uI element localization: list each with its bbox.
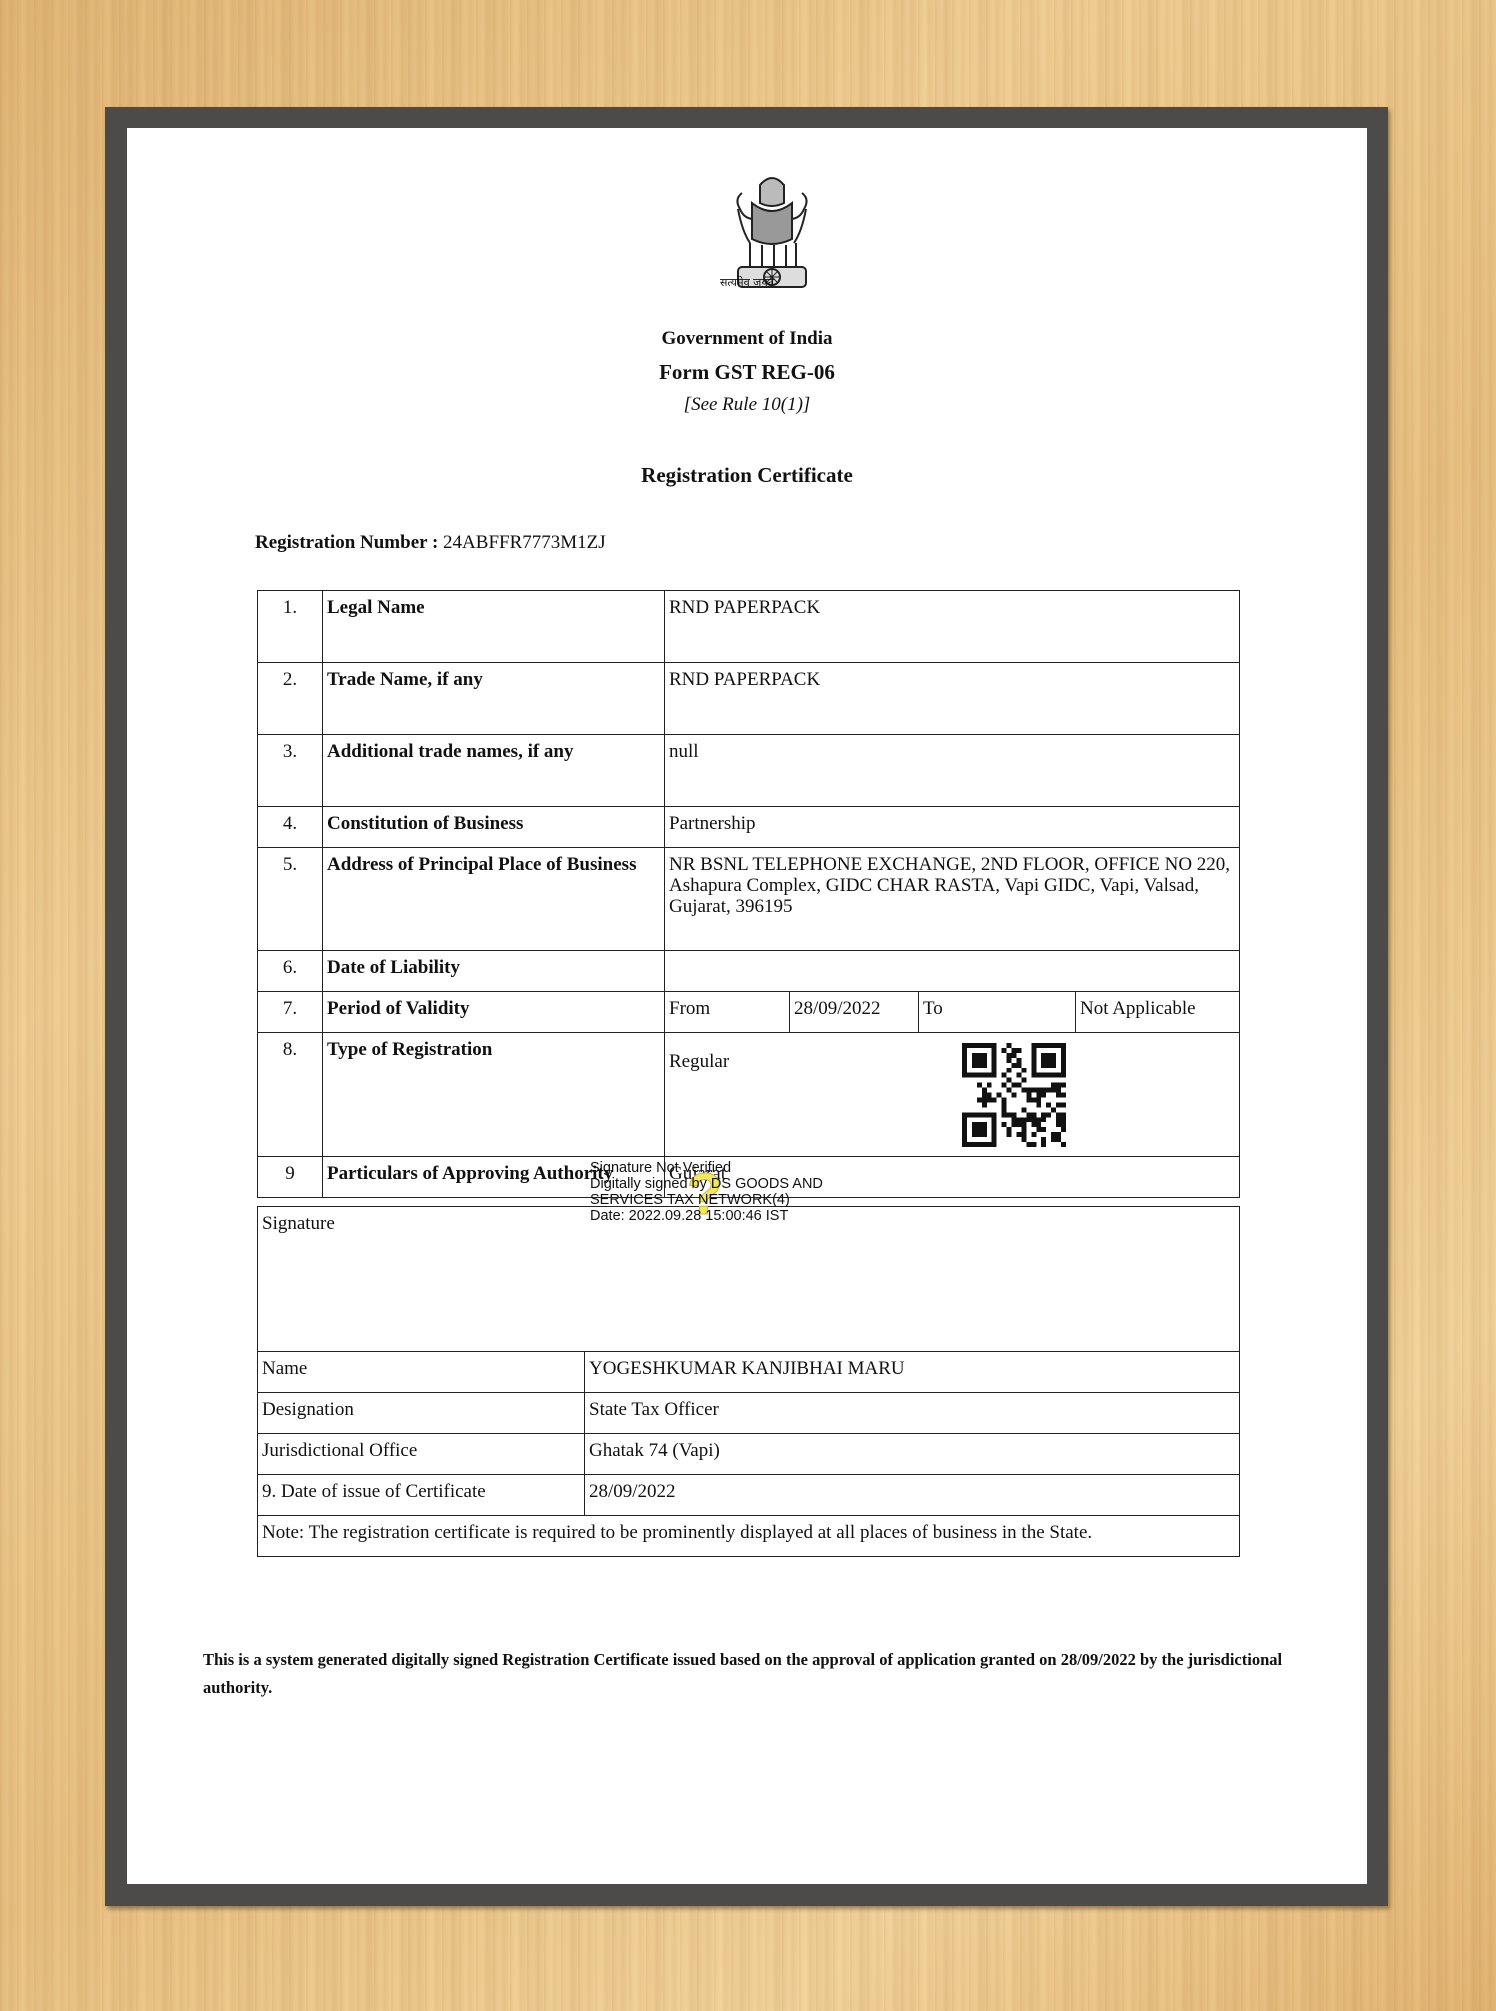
row-label: Period of Validity: [323, 992, 665, 1033]
table-row: 8. Type of Registration Regular: [258, 1033, 1240, 1157]
row-label: Type of Registration: [323, 1033, 665, 1157]
row-number: 9: [258, 1157, 323, 1198]
row-label: Trade Name, if any: [323, 663, 665, 735]
officer-name: YOGESHKUMAR KANJIBHAI MARU: [585, 1352, 1240, 1393]
row-label: Legal Name: [323, 591, 665, 663]
table-row: 5. Address of Principal Place of Busines…: [258, 848, 1240, 951]
table-row: 3. Additional trade names, if any null: [258, 735, 1240, 807]
date-of-issue: 28/09/2022: [585, 1475, 1240, 1516]
legal-name-value: RND PAPERPACK: [665, 591, 1240, 663]
trade-name-value: RND PAPERPACK: [665, 663, 1240, 735]
signature-signer: Digitally signed by DS GOODS AND: [590, 1176, 870, 1192]
authority-table: Signature Name YOGESHKUMAR KANJIBHAI MAR…: [257, 1206, 1240, 1557]
table-row: 6. Date of Liability: [258, 951, 1240, 992]
validity-to-value: Not Applicable: [1076, 992, 1240, 1033]
field-label: Jurisdictional Office: [258, 1434, 585, 1475]
officer-designation: State Tax Officer: [585, 1393, 1240, 1434]
registration-number-label: Registration Number :: [255, 532, 438, 553]
table-row: 4. Constitution of Business Partnership: [258, 807, 1240, 848]
row-number: 5.: [258, 848, 323, 951]
row-label: Additional trade names, if any: [323, 735, 665, 807]
table-row: Designation State Tax Officer: [258, 1393, 1240, 1434]
row-number: 6.: [258, 951, 323, 992]
row-number: 4.: [258, 807, 323, 848]
validity-to-label: To: [919, 992, 1076, 1033]
row-number: 2.: [258, 663, 323, 735]
certificate-title: Registration Certificate: [127, 463, 1367, 488]
rule-reference: [See Rule 10(1)]: [127, 394, 1367, 416]
table-row: Note: The registration certificate is re…: [258, 1516, 1240, 1557]
constitution-value: Partnership: [665, 807, 1240, 848]
signature-status: Signature Not Verified: [590, 1160, 870, 1176]
jurisdictional-office: Ghatak 74 (Vapi): [585, 1434, 1240, 1475]
registration-details-table: 1. Legal Name RND PAPERPACK 2. Trade Nam…: [257, 590, 1240, 1198]
row-number: 1.: [258, 591, 323, 663]
digital-signature-stamp[interactable]: Signature Not Verified Digitally signed …: [590, 1160, 870, 1224]
table-row: 2. Trade Name, if any RND PAPERPACK: [258, 663, 1240, 735]
date-of-liability-value: [665, 951, 1240, 992]
additional-trade-names-value: null: [665, 735, 1240, 807]
table-row: 7. Period of Validity From 28/09/2022 To…: [258, 992, 1240, 1033]
motto: सत्यमेव जयते: [672, 275, 822, 290]
table-row: 1. Legal Name RND PAPERPACK: [258, 591, 1240, 663]
row-number: 7.: [258, 992, 323, 1033]
row-label: Address of Principal Place of Business: [323, 848, 665, 951]
display-note: Note: The registration certificate is re…: [258, 1516, 1240, 1557]
field-label: Designation: [258, 1393, 585, 1434]
registration-number: 24ABFFR7773M1ZJ: [443, 532, 606, 553]
form-title: Form GST REG-06: [127, 360, 1367, 385]
government-heading: Government of India: [127, 328, 1367, 350]
registration-number-line: Registration Number : 24ABFFR7773M1ZJ: [255, 532, 606, 554]
row-label: Date of Liability: [323, 951, 665, 992]
row-label: Constitution of Business: [323, 807, 665, 848]
footer-statement: This is a system generated digitally sig…: [203, 1646, 1303, 1702]
row-number: 8.: [258, 1033, 323, 1157]
validity-from-label: From: [665, 992, 790, 1033]
table-row: Jurisdictional Office Ghatak 74 (Vapi): [258, 1434, 1240, 1475]
qr-code-icon: [962, 1043, 1066, 1147]
field-label: Name: [258, 1352, 585, 1393]
certificate-page: सत्यमेव जयते Government of India Form GS…: [127, 128, 1367, 1884]
signature-date: Date: 2022.09.28 15:00:46 IST: [590, 1208, 870, 1224]
signature-cell: Signature: [258, 1207, 1240, 1352]
field-label: 9. Date of issue of Certificate: [258, 1475, 585, 1516]
registration-type-value: Regular: [669, 1039, 1235, 1072]
validity-from-value: 28/09/2022: [790, 992, 919, 1033]
row-number: 3.: [258, 735, 323, 807]
table-row: Name YOGESHKUMAR KANJIBHAI MARU: [258, 1352, 1240, 1393]
signature-signer-cont: SERVICES TAX NETWORK(4): [590, 1192, 870, 1208]
registration-type-cell: Regular: [665, 1033, 1240, 1157]
table-row: 9. Date of issue of Certificate 28/09/20…: [258, 1475, 1240, 1516]
address-value: NR BSNL TELEPHONE EXCHANGE, 2ND FLOOR, O…: [665, 848, 1240, 951]
signature-label: Signature: [262, 1213, 335, 1234]
